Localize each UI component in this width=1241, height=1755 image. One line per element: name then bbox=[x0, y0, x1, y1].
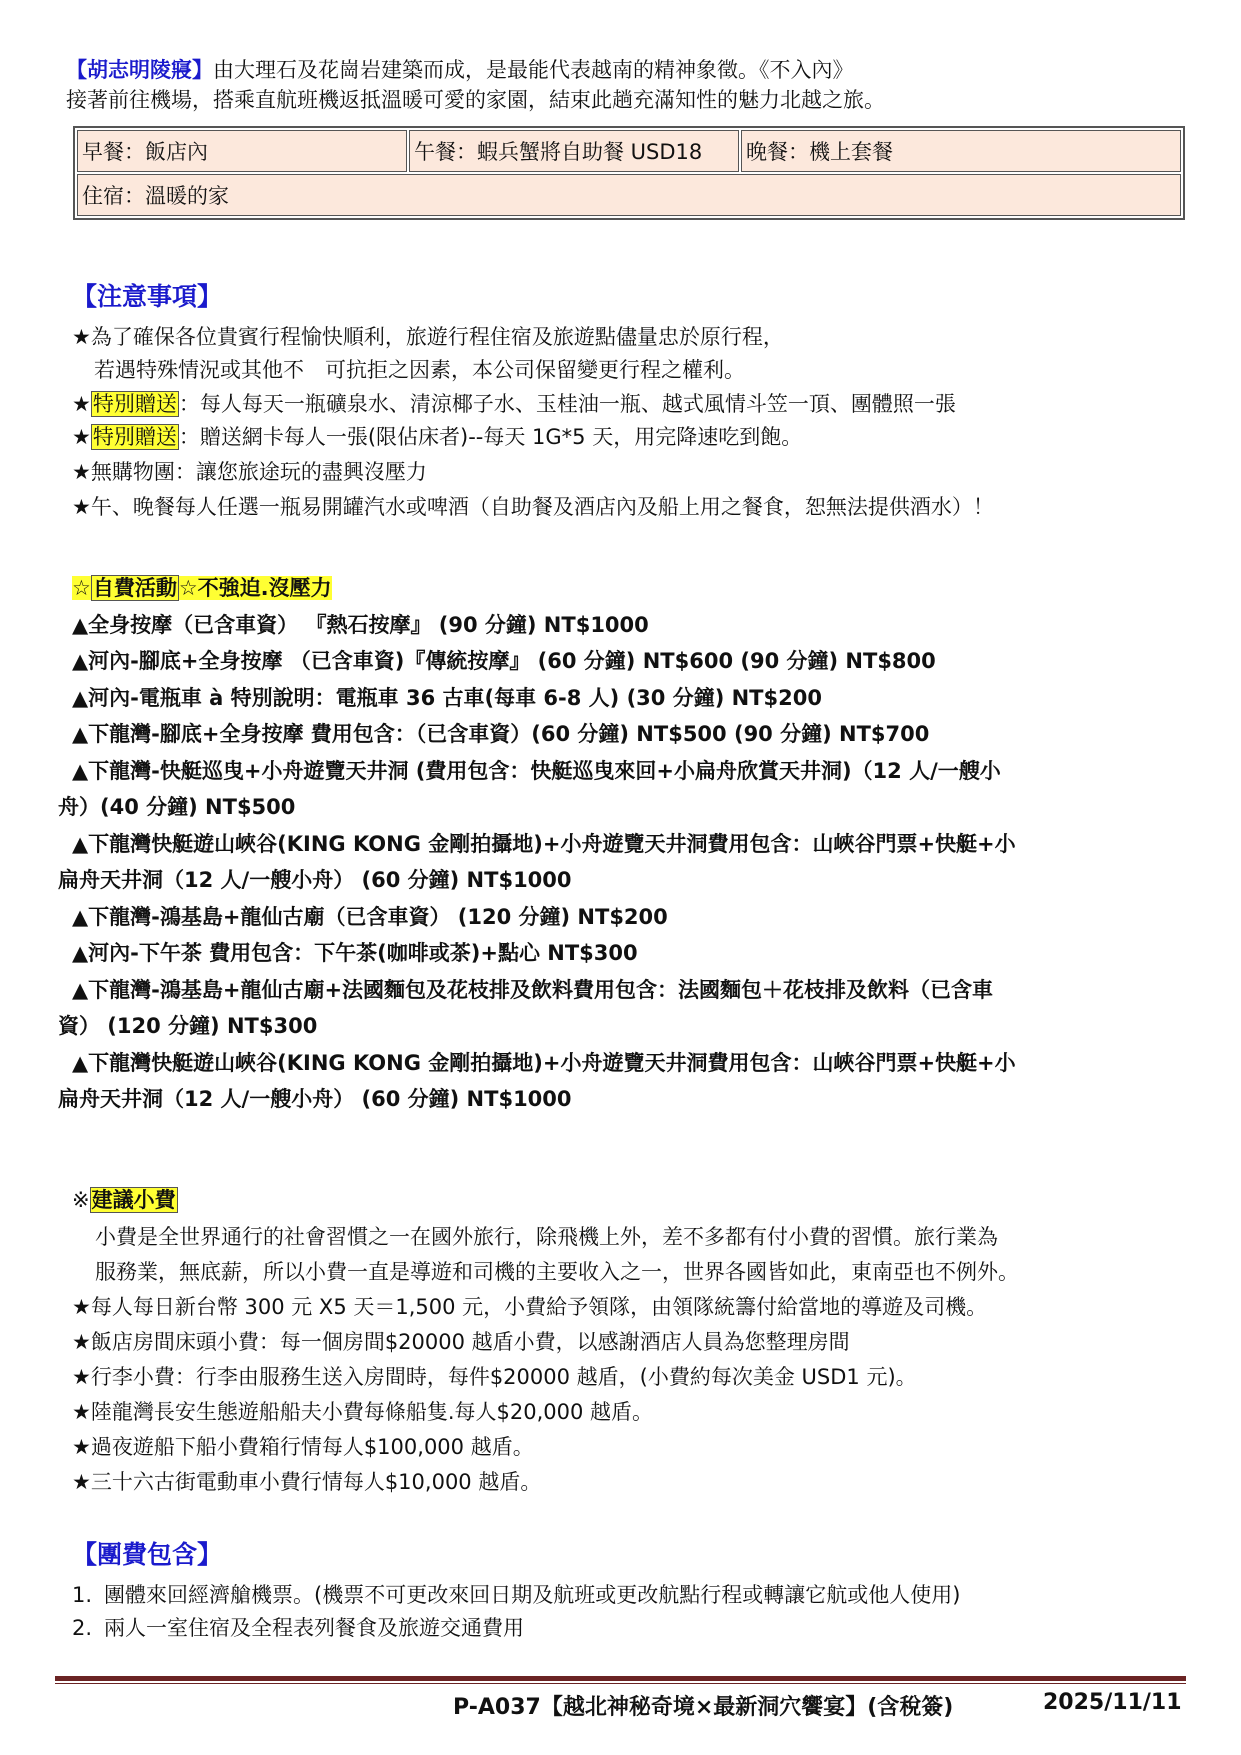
notes-title: 【注意事項】 bbox=[72, 282, 222, 312]
included-title: 【團費包含】 bbox=[72, 1540, 222, 1570]
optional-line: ▲河內-腳底+全身按摩 （已含車資)『傳統按摩』 (60 分鐘) NT$600 … bbox=[72, 646, 936, 676]
optional-line: ▲下龍灣-快艇巡曳+小舟遊覽天井洞 (費用包含：快艇巡曳來回+小扁舟欣賞天井洞)… bbox=[72, 756, 1001, 786]
star-outline-icon: ☆ bbox=[179, 576, 198, 600]
tips-title: ※建議小費 bbox=[72, 1185, 178, 1215]
reference-mark-icon: ※ bbox=[72, 1188, 90, 1212]
intro-text: 由大理石及花崗岩建築而成，是最能代表越南的精神象徵。《不入內》 bbox=[213, 58, 854, 82]
tips-paragraph-1: 小費是全世界通行的社會習慣之一在國外旅行，除飛機上外，差不多都有付小費的習慣。旅… bbox=[95, 1222, 998, 1252]
optional-line: ▲河內-下午茶 費用包含：下午茶(咖啡或茶)+點心 NT$300 bbox=[72, 938, 638, 968]
optional-line: 資） (120 分鐘) NT$300 bbox=[58, 1011, 317, 1041]
tips-item: ★過夜遊船下船小費箱行情每人$100,000 越盾。 bbox=[72, 1432, 534, 1462]
tips-item: ★陸龍灣長安生態遊船船夫小費每條船隻.每人$20,000 越盾。 bbox=[72, 1397, 653, 1427]
included-item-number: 1. bbox=[72, 1580, 104, 1610]
included-item: 1.團體來回經濟艙機票。(機票不可更改來回日期及航班或更改航點行程或轉讓它航或他… bbox=[72, 1580, 960, 1610]
notes-item-1-cont: 若遇特殊情況或其他不 可抗拒之因素，本公司保留變更行程之權利。 bbox=[94, 355, 745, 385]
optional-line: ▲下龍灣-鴻基島+龍仙古廟（已含車資） (120 分鐘) NT$200 bbox=[72, 902, 668, 932]
meals-table: 早餐：飯店內 午餐：蝦兵蟹將自助餐 USD18 晚餐：機上套餐 住宿：溫暖的家 bbox=[73, 126, 1185, 220]
lodging-cell: 住宿：溫暖的家 bbox=[77, 174, 1181, 216]
footer-divider bbox=[55, 1676, 1186, 1681]
included-item-number: 2. bbox=[72, 1613, 104, 1643]
footer-divider-thin bbox=[55, 1683, 1186, 1684]
intro-heading: 【胡志明陵寢】 bbox=[66, 58, 213, 82]
notes-item-5: ★午、晚餐每人任選一瓶易開罐汽水或啤酒（自助餐及酒店內及船上用之餐食，恕無法提供… bbox=[72, 492, 994, 522]
tips-paragraph-2: 服務業，無底薪，所以小費一直是導遊和司機的主要收入之一，世界各國皆如此，東南亞也… bbox=[95, 1257, 1019, 1287]
optional-line: ▲下龍灣快艇遊山峽谷(KING KONG 金剛拍攝地)+小舟遊覽天井洞費用包含：… bbox=[72, 1048, 1016, 1078]
optional-label: 自費活動 bbox=[91, 575, 179, 601]
optional-line: 舟）(40 分鐘) NT$500 bbox=[58, 792, 295, 822]
gift-text: ：贈送網卡每人一張(限佔床者)--每天 1G*5 天，用完降速吃到飽。 bbox=[179, 425, 802, 449]
footer-title: P-A037【越北神秘奇境×最新洞穴饗宴】(含稅簽) bbox=[453, 1690, 953, 1721]
included-item: 2.兩人一室住宿及全程表列餐食及旅遊交通費用 bbox=[72, 1613, 524, 1643]
optional-line: 扁舟天井洞（12 人/一艘小舟） (60 分鐘) NT$1000 bbox=[58, 865, 572, 895]
footer-date: 2025/11/11 bbox=[1043, 1690, 1182, 1715]
document-page: 【胡志明陵寢】由大理石及花崗岩建築而成，是最能代表越南的精神象徵。《不入內》 接… bbox=[0, 0, 1241, 1755]
notes-gift-1: ★特別贈送：每人每天一瓶礦泉水、清涼椰子水、玉桂油一瓶、越式風情斗笠一頂、團體照… bbox=[72, 389, 956, 419]
gift-text: ：每人每天一瓶礦泉水、清涼椰子水、玉桂油一瓶、越式風情斗笠一頂、團體照一張 bbox=[179, 392, 956, 416]
star-icon: ★ bbox=[72, 392, 91, 416]
breakfast-cell: 早餐：飯店內 bbox=[77, 130, 407, 172]
dinner-cell: 晚餐：機上套餐 bbox=[741, 130, 1181, 172]
optional-line: ▲河內-電瓶車 à 特別說明：電瓶車 36 古車(每車 6-8 人) (30 分… bbox=[72, 683, 822, 713]
tips-item: ★三十六古街電動車小費行情每人$10,000 越盾。 bbox=[72, 1467, 541, 1497]
star-icon: ★ bbox=[72, 425, 91, 449]
notes-item-1: ★為了確保各位貴賓行程愉快順利，旅遊行程住宿及旅遊點儘量忠於原行程， bbox=[72, 322, 784, 352]
notes-item-4: ★無購物團：讓您旅途玩的盡興沒壓力 bbox=[72, 457, 427, 487]
optional-line: ▲全身按摩（已含車資） 『熱石按摩』 (90 分鐘) NT$1000 bbox=[72, 610, 649, 640]
tips-item: ★每人每日新台幣 300 元 X5 天＝1,500 元，小費給予領隊，由領隊統籌… bbox=[72, 1292, 987, 1322]
optional-line: ▲下龍灣快艇遊山峽谷(KING KONG 金剛拍攝地)+小舟遊覽天井洞費用包含：… bbox=[72, 829, 1016, 859]
optional-title: ☆自費活動☆不強迫.沒壓力 bbox=[72, 573, 332, 603]
optional-line: ▲下龍灣-腳底+全身按摩 費用包含：（已含車資）(60 分鐘) NT$500 (… bbox=[72, 719, 929, 749]
gift-label: 特別贈送 bbox=[91, 391, 179, 417]
optional-line: ▲下龍灣-鴻基島+龍仙古廟+法國麵包及花枝排及飲料費用包含：法國麵包＋花枝排及飲… bbox=[72, 975, 993, 1005]
notes-gift-2: ★特別贈送：贈送網卡每人一張(限佔床者)--每天 1G*5 天，用完降速吃到飽。 bbox=[72, 422, 802, 452]
optional-subtitle: 不強迫.沒壓力 bbox=[198, 576, 332, 600]
gift-label: 特別贈送 bbox=[91, 424, 179, 450]
tips-item: ★行李小費：行李由服務生送入房間時，每件$20000 越盾，(小費約每次美金 U… bbox=[72, 1362, 917, 1392]
optional-line: 扁舟天井洞（12 人/一艘小舟） (60 分鐘) NT$1000 bbox=[58, 1084, 572, 1114]
intro-line-1: 【胡志明陵寢】由大理石及花崗岩建築而成，是最能代表越南的精神象徵。《不入內》 bbox=[66, 55, 854, 85]
included-item-text: 團體來回經濟艙機票。(機票不可更改來回日期及航班或更改航點行程或轉讓它航或他人使… bbox=[104, 1583, 960, 1607]
intro-line-2: 接著前往機場，搭乘直航班機返抵溫暖可愛的家園，結束此趟充滿知性的魅力北越之旅。 bbox=[66, 85, 885, 115]
tips-label: 建議小費 bbox=[90, 1187, 178, 1213]
included-item-text: 兩人一室住宿及全程表列餐食及旅遊交通費用 bbox=[104, 1616, 524, 1640]
tips-item: ★飯店房間床頭小費：每一個房間$20000 越盾小費，以感謝酒店人員為您整理房間 bbox=[72, 1327, 850, 1357]
lunch-cell: 午餐：蝦兵蟹將自助餐 USD18 bbox=[409, 130, 739, 172]
star-outline-icon: ☆ bbox=[72, 576, 91, 600]
